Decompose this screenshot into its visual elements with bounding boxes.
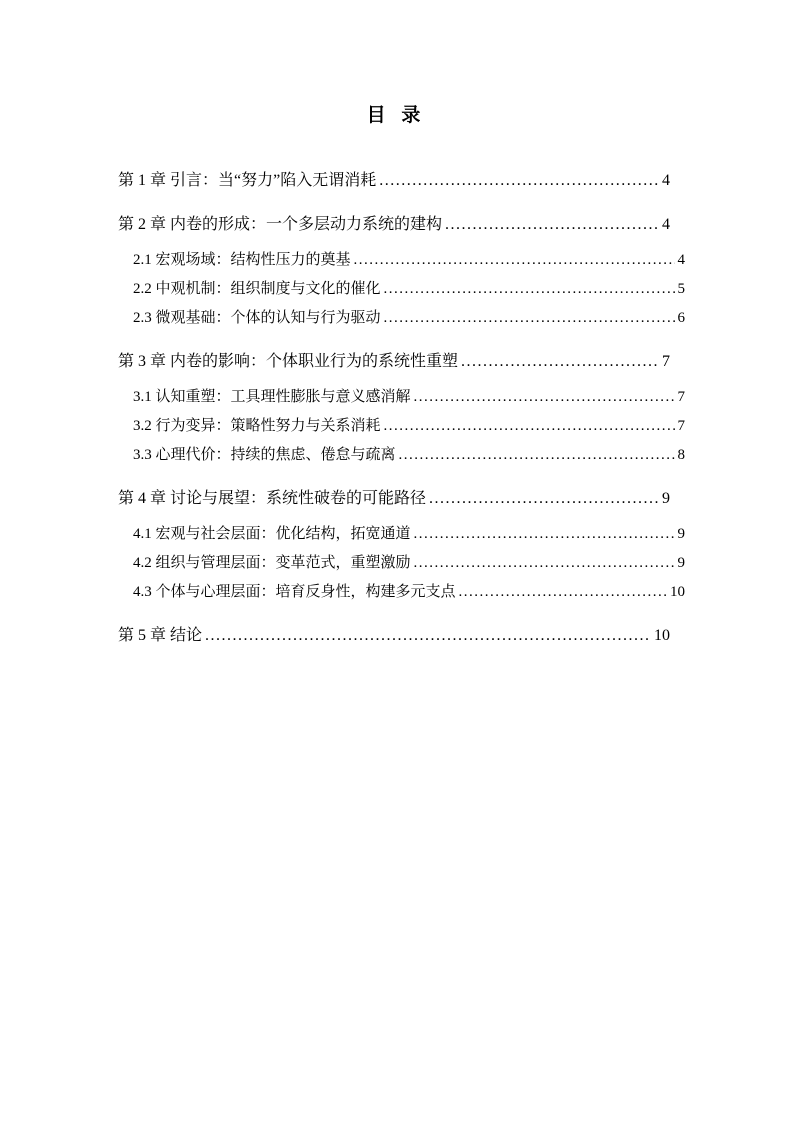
toc-entry-4-3[interactable]: 4.3 个体与心理层面：培育反身性，构建多元支点 ...............…	[118, 578, 685, 607]
toc-entry-3-3[interactable]: 3.3 心理代价：持续的焦虑、倦怠与疏离 ...................…	[118, 441, 685, 470]
dot-leader: ........................................…	[399, 441, 675, 470]
toc-entry-label: 4.2 组织与管理层面：变革范式，重塑激励	[133, 549, 411, 578]
toc-title: 目 录	[118, 105, 670, 127]
toc-page-number: 9	[662, 484, 670, 514]
dot-leader: ........................................…	[414, 520, 675, 549]
toc-section: 目 录 第 1 章 引言：当“努力”陷入无谓消耗 ...............…	[118, 105, 670, 657]
toc-entry-label: 4.3 个体与心理层面：培育反身性，构建多元支点	[133, 578, 456, 607]
toc-entry-chapter-2[interactable]: 第 2 章 内卷的形成：一个多层动力系统的建构 ................…	[118, 210, 670, 240]
dot-leader: ........................................…	[379, 166, 659, 196]
toc-page-number: 8	[678, 441, 686, 470]
toc-page-number: 10	[654, 621, 670, 651]
toc-entry-label: 4.1 宏观与社会层面：优化结构，拓宽通道	[133, 520, 411, 549]
toc-entry-label: 第 1 章 引言：当“努力”陷入无谓消耗	[118, 166, 376, 196]
toc-page-number: 9	[678, 549, 686, 578]
toc-entry-chapter-4[interactable]: 第 4 章 讨论与展望：系统性破卷的可能路径 .................…	[118, 484, 670, 514]
toc-entry-3-1[interactable]: 3.1 认知重塑：工具理性膨胀与意义感消解 ..................…	[118, 383, 685, 412]
toc-entry-2-1[interactable]: 2.1 宏观场域：结构性压力的奠基 ......................…	[118, 246, 685, 275]
dot-leader: ........................................…	[445, 210, 659, 240]
toc-entry-3-2[interactable]: 3.2 行为变异：策略性努力与关系消耗 ....................…	[118, 412, 685, 441]
toc-page-number: 4	[662, 210, 670, 240]
toc-entry-2-3[interactable]: 2.3 微观基础：个体的认知与行为驱动 ....................…	[118, 304, 685, 333]
toc-entry-label: 3.1 认知重塑：工具理性膨胀与意义感消解	[133, 383, 411, 412]
toc-list: 第 1 章 引言：当“努力”陷入无谓消耗 ...................…	[118, 166, 670, 651]
toc-entry-chapter-3[interactable]: 第 3 章 内卷的影响：个体职业行为的系统性重塑 ...............…	[118, 347, 670, 377]
toc-entry-label: 2.1 宏观场域：结构性压力的奠基	[133, 246, 351, 275]
toc-page-number: 7	[678, 383, 686, 412]
dot-leader: ........................................…	[414, 383, 675, 412]
toc-page-number: 4	[662, 166, 670, 196]
dot-leader: ........................................…	[354, 246, 675, 275]
toc-entry-2-2[interactable]: 2.2 中观机制：组织制度与文化的催化 ....................…	[118, 275, 685, 304]
toc-entry-label: 第 3 章 内卷的影响：个体职业行为的系统性重塑	[118, 347, 458, 377]
toc-entry-chapter-5[interactable]: 第 5 章 结论 ...............................…	[118, 621, 670, 651]
toc-entry-label: 第 5 章 结论	[118, 621, 202, 651]
toc-entry-4-2[interactable]: 4.2 组织与管理层面：变革范式，重塑激励 ..................…	[118, 549, 685, 578]
toc-page-number: 6	[678, 304, 686, 333]
toc-page-number: 7	[662, 347, 670, 377]
dot-leader: ........................................…	[461, 347, 659, 377]
toc-entry-label: 第 2 章 内卷的形成：一个多层动力系统的建构	[118, 210, 442, 240]
dot-leader: ........................................…	[414, 549, 675, 578]
dot-leader: ........................................…	[459, 578, 667, 607]
toc-entry-label: 3.2 行为变异：策略性努力与关系消耗	[133, 412, 381, 441]
toc-entry-label: 2.2 中观机制：组织制度与文化的催化	[133, 275, 381, 304]
dot-leader: ........................................…	[384, 412, 675, 441]
toc-page-number: 4	[678, 246, 686, 275]
dot-leader: ........................................…	[384, 275, 675, 304]
document-page: 目 录 第 1 章 引言：当“努力”陷入无谓消耗 ...............…	[0, 0, 793, 1122]
toc-entry-chapter-1[interactable]: 第 1 章 引言：当“努力”陷入无谓消耗 ...................…	[118, 166, 670, 196]
dot-leader: ........................................…	[205, 621, 651, 651]
dot-leader: ........................................…	[429, 484, 659, 514]
toc-page-number: 10	[670, 578, 685, 607]
toc-page-number: 9	[678, 520, 686, 549]
toc-entry-label: 3.3 心理代价：持续的焦虑、倦怠与疏离	[133, 441, 396, 470]
toc-entry-label: 第 4 章 讨论与展望：系统性破卷的可能路径	[118, 484, 426, 514]
toc-entry-4-1[interactable]: 4.1 宏观与社会层面：优化结构，拓宽通道 ..................…	[118, 520, 685, 549]
toc-entry-label: 2.3 微观基础：个体的认知与行为驱动	[133, 304, 381, 333]
dot-leader: ........................................…	[384, 304, 675, 333]
toc-page-number: 5	[678, 275, 686, 304]
toc-page-number: 7	[678, 412, 686, 441]
